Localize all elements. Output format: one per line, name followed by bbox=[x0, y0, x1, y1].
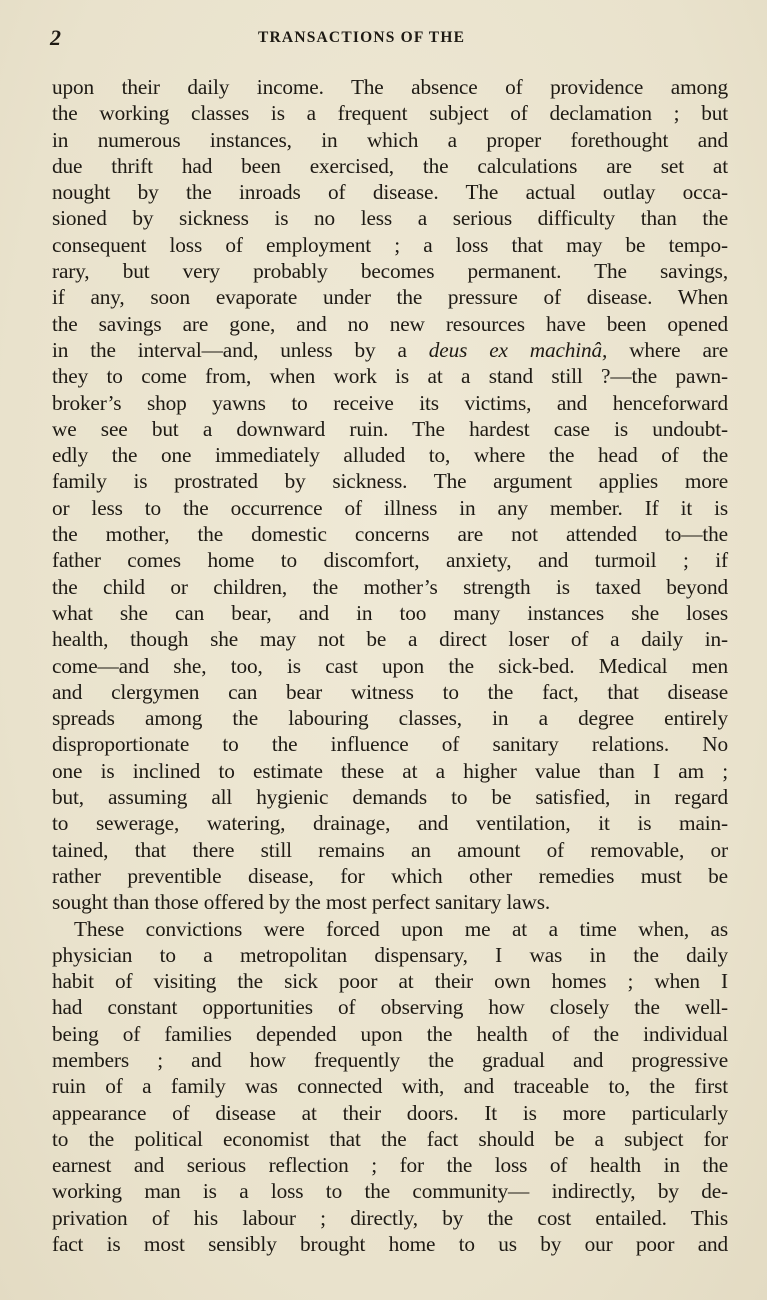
text-line: we see but a downward ruin. The hardest … bbox=[52, 416, 728, 442]
paragraph-start-line: These convictions were forced upon me at… bbox=[52, 916, 728, 942]
paragraph-end-line: sought than those offered by the most pe… bbox=[52, 889, 728, 915]
text-line: if any, soon evaporate under the pressur… bbox=[52, 284, 728, 310]
text-line: ruin of a family was connected with, and… bbox=[52, 1073, 728, 1099]
text-line: to the political economist that the fact… bbox=[52, 1126, 728, 1152]
text-line: sioned by sickness is no less a serious … bbox=[52, 205, 728, 231]
text-line: one is inclined to estimate these at a h… bbox=[52, 758, 728, 784]
text-line: father comes home to discomfort, anxiety… bbox=[52, 547, 728, 573]
text-line: in numerous instances, in which a proper… bbox=[52, 127, 728, 153]
running-head: 2 TRANSACTIONS OF THE bbox=[50, 25, 730, 55]
text-line: the mother, the domestic concerns are no… bbox=[52, 521, 728, 547]
text-line: fact is most sensibly brought home to us… bbox=[52, 1231, 728, 1257]
body-text: upon their daily income. The absence of … bbox=[52, 74, 728, 1257]
text-line: disproportionate to the influence of san… bbox=[52, 731, 728, 757]
text-line: what she can bear, and in too many insta… bbox=[52, 600, 728, 626]
text-line: and clergymen can bear witness to the fa… bbox=[52, 679, 728, 705]
text-line-with-italic: in the interval—and, unless by a deus ex… bbox=[52, 337, 728, 363]
text-line: health, though she may not be a direct l… bbox=[52, 626, 728, 652]
text-line: they to come from, when work is at a sta… bbox=[52, 363, 728, 389]
text-line: come—and she, too, is cast upon the sick… bbox=[52, 653, 728, 679]
text-line: to sewerage, watering, drainage, and ven… bbox=[52, 810, 728, 836]
text-line: the working classes is a frequent subjec… bbox=[52, 100, 728, 126]
italic-phrase-deus-ex-machina: deus ex machinâ, bbox=[429, 338, 607, 362]
text-line: earnest and serious reflection ; for the… bbox=[52, 1152, 728, 1178]
text-line: or less to the occurrence of illness in … bbox=[52, 495, 728, 521]
text-line: nought by the inroads of disease. The ac… bbox=[52, 179, 728, 205]
text-line: broker’s shop yawns to receive its victi… bbox=[52, 390, 728, 416]
text-line: edly the one immediately alluded to, whe… bbox=[52, 442, 728, 468]
text-line: had constant opportunities of observing … bbox=[52, 994, 728, 1020]
text-line: consequent loss of employment ; a loss t… bbox=[52, 232, 728, 258]
text-line: appearance of disease at their doors. It… bbox=[52, 1100, 728, 1126]
text-line: family is prostrated by sickness. The ar… bbox=[52, 468, 728, 494]
text-line: but, assuming all hygienic demands to be… bbox=[52, 784, 728, 810]
text-line: being of families depended upon the heal… bbox=[52, 1021, 728, 1047]
text-segment: in the interval—and, unless by a bbox=[52, 338, 429, 362]
text-line: members ; and how frequently the gradual… bbox=[52, 1047, 728, 1073]
text-line: tained, that there still remains an amou… bbox=[52, 837, 728, 863]
text-line: rary, but very probably becomes permanen… bbox=[52, 258, 728, 284]
text-line: physician to a metropolitan dispensary, … bbox=[52, 942, 728, 968]
text-line: working man is a loss to the community— … bbox=[52, 1178, 728, 1204]
page-number: 2 bbox=[50, 25, 61, 51]
text-line: rather preventible disease, for which ot… bbox=[52, 863, 728, 889]
text-segment: where are bbox=[607, 338, 728, 362]
text-line: the child or children, the mother’s stre… bbox=[52, 574, 728, 600]
text-line: privation of his labour ; directly, by t… bbox=[52, 1205, 728, 1231]
text-line: upon their daily income. The absence of … bbox=[52, 74, 728, 100]
text-line: the savings are gone, and no new resourc… bbox=[52, 311, 728, 337]
text-line: spreads among the labouring classes, in … bbox=[52, 705, 728, 731]
text-line: due thrift had been exercised, the calcu… bbox=[52, 153, 728, 179]
text-line: habit of visiting the sick poor at their… bbox=[52, 968, 728, 994]
running-title: TRANSACTIONS OF THE bbox=[258, 29, 465, 47]
